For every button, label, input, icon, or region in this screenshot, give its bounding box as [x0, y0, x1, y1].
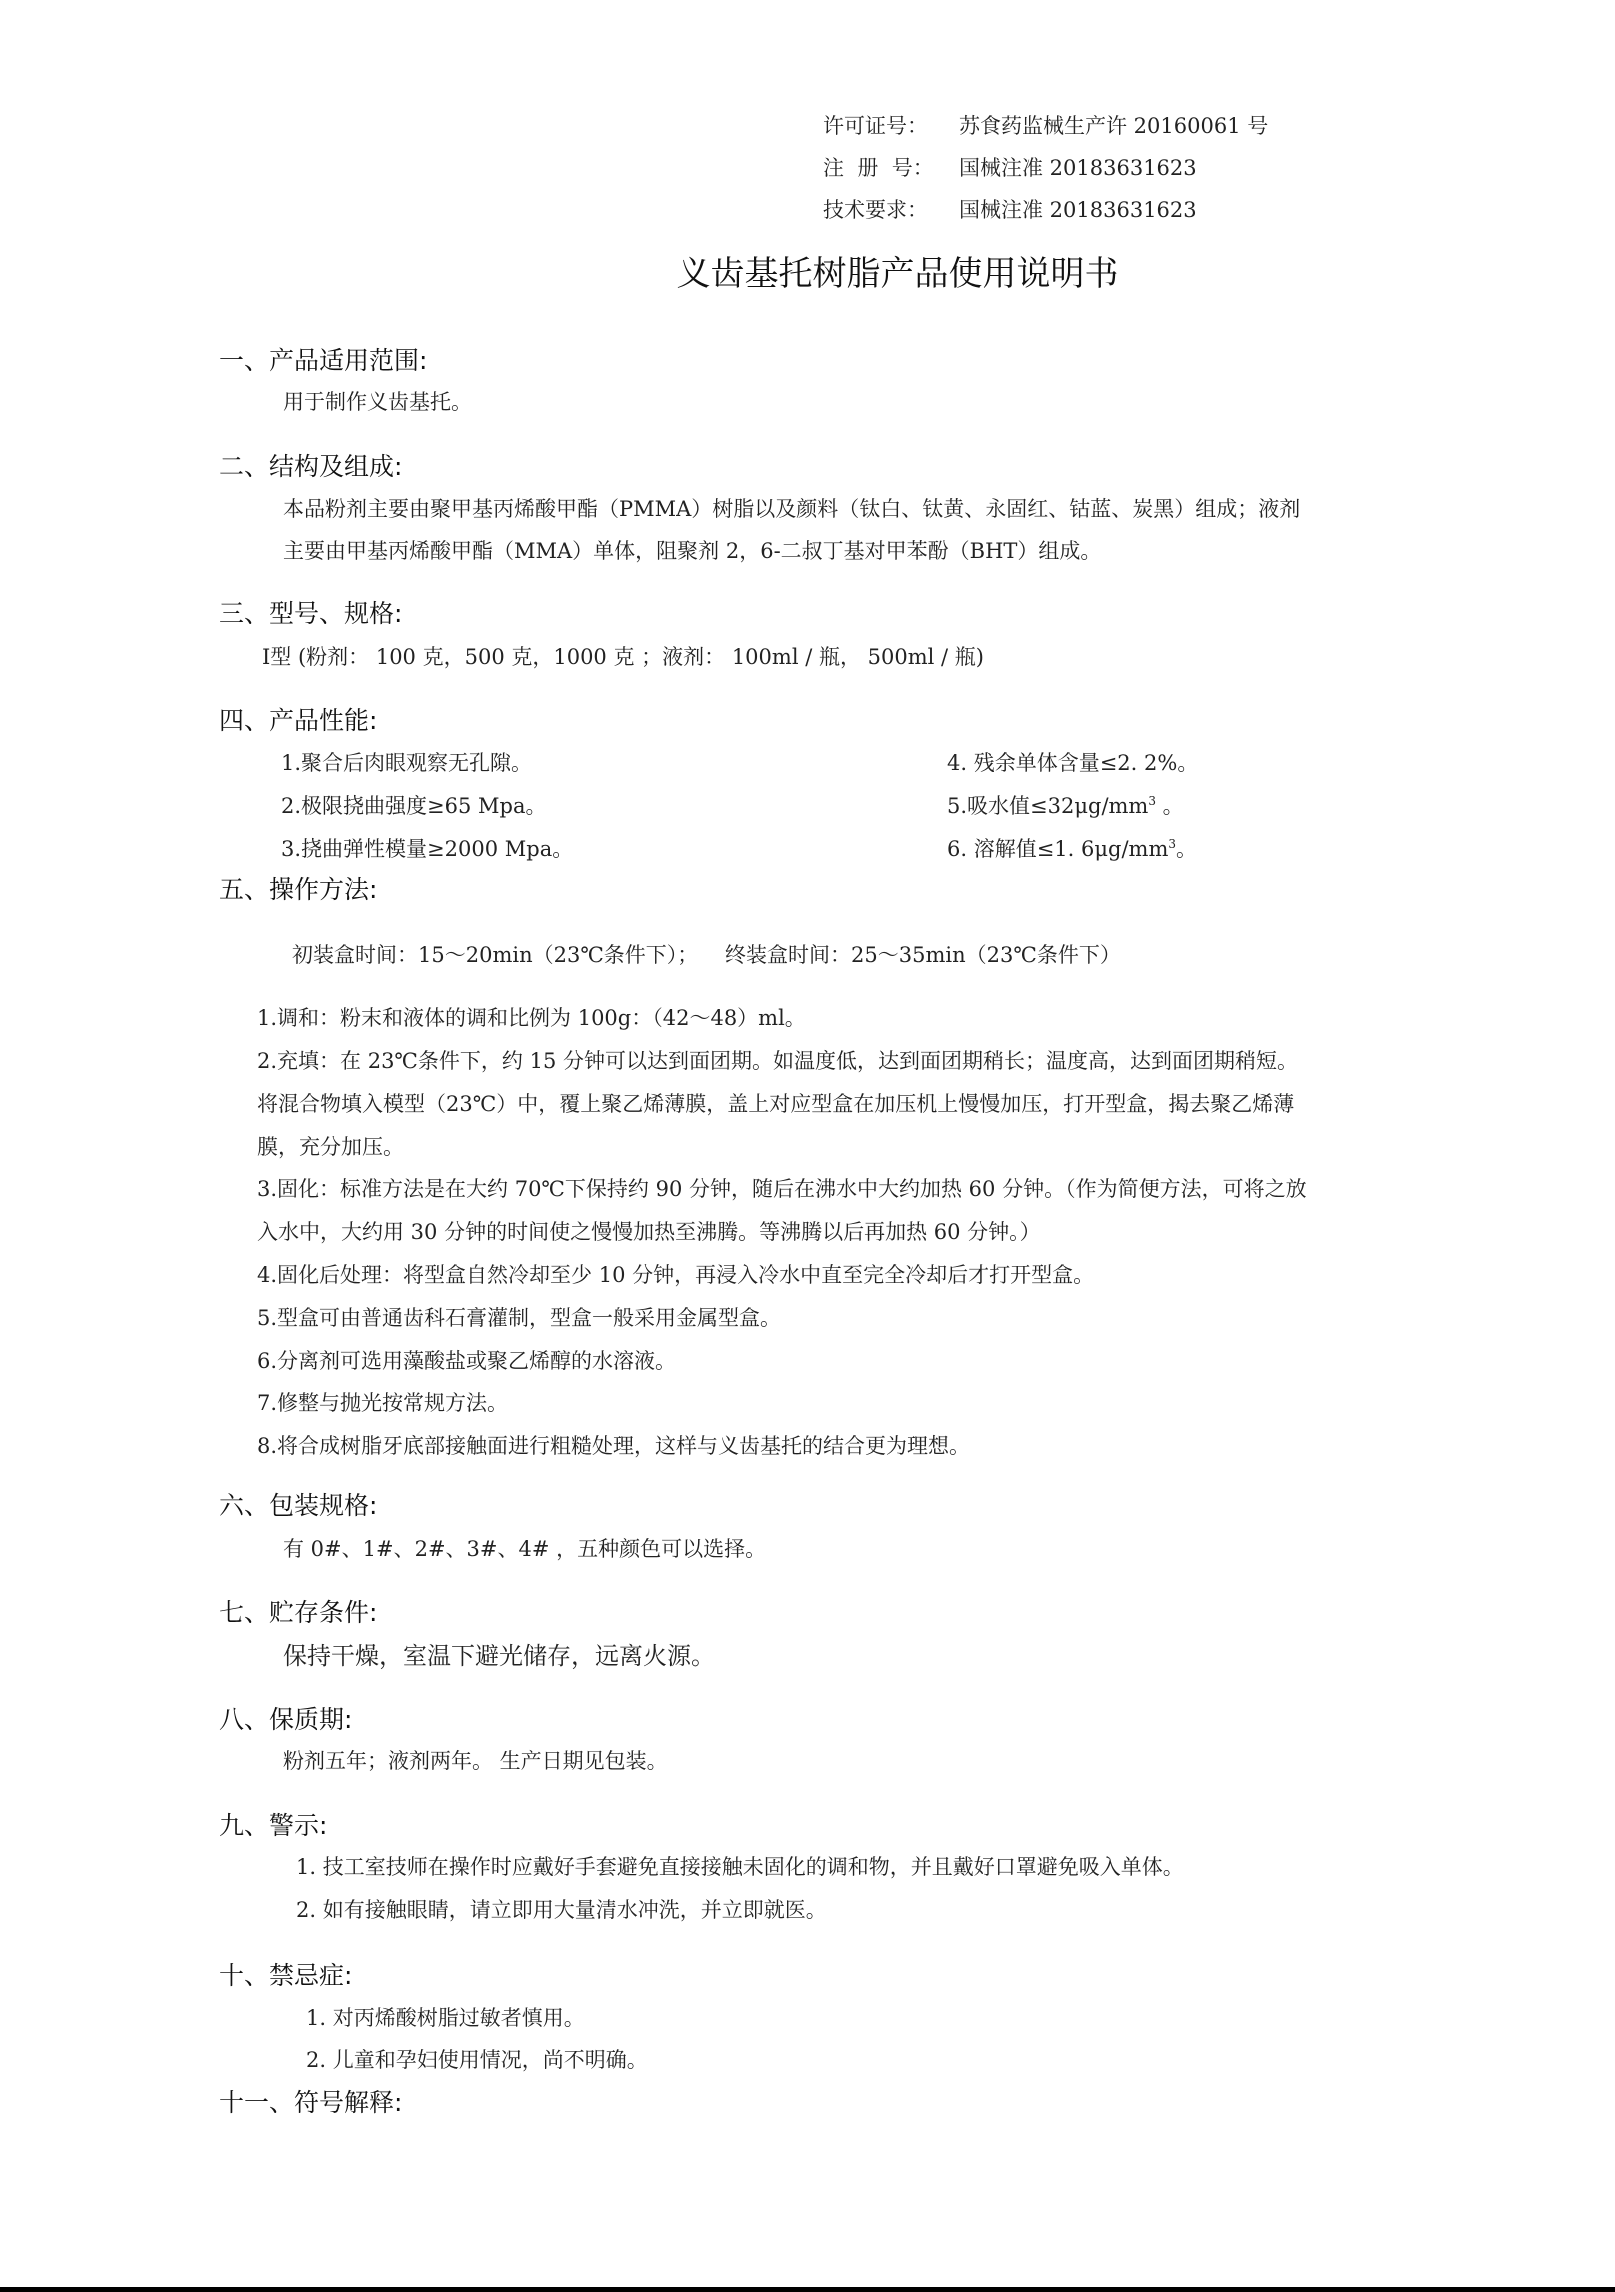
- operation-step-4: 4.固化后处理：将型盒自然冷却至少 10 分钟，再浸入冷水中直至完全冷却后才打开…: [257, 1261, 1094, 1289]
- contraindication-item-1: 1. 对丙烯酸树脂过敏者慎用。: [306, 2004, 585, 2032]
- document-title: 义齿基托树脂产品使用说明书: [0, 252, 1615, 296]
- section-heading-shelf-life: 八、保质期:: [219, 1704, 352, 1736]
- performance-item-5: 5.吸水值≤32μg/mm3 。: [947, 792, 1184, 820]
- operation-step-6: 6.分离剂可选用藻酸盐或聚乙烯醇的水溶液。: [257, 1347, 676, 1375]
- operation-step-2: 2.充填：在 23℃条件下，约 15 分钟可以达到面团期。如温度低，达到面团期稍…: [257, 1047, 1298, 1075]
- section-heading-models: 三、型号、规格:: [219, 598, 402, 630]
- section-text-scope: 用于制作义齿基托。: [283, 388, 472, 416]
- performance-item-5-text: 5.吸水值≤32μg/mm: [947, 794, 1148, 818]
- section-heading-contraindications: 十、禁忌症:: [219, 1960, 352, 1992]
- composition-line-2: 主要由甲基丙烯酸甲酯（MMA）单体，阻聚剂 2，6-二叔丁基对甲苯酚（BHT）组…: [283, 537, 1101, 565]
- section-heading-storage: 七、贮存条件:: [219, 1597, 377, 1629]
- tech-req-label: 技术要求：: [823, 196, 959, 224]
- document-page: 许可证号：苏食药监械生产许 20160061 号 注 册 号：国械注准 2018…: [0, 0, 1615, 2292]
- operation-step-2-cont: 膜，充分加压。: [257, 1133, 404, 1161]
- section-heading-operation: 五、操作方法:: [219, 874, 377, 906]
- license-value: 苏食药监械生产许 20160061 号: [959, 114, 1268, 138]
- packaging-text: 有 0#、1#、2#、3#、4# ，五种颜色可以选择。: [283, 1535, 766, 1563]
- section-heading-packaging: 六、包装规格:: [219, 1490, 377, 1522]
- warning-item-1: 1. 技工室技师在操作时应戴好手套避免直接接触未固化的调和物，并且戴好口罩避免吸…: [296, 1853, 1184, 1881]
- performance-item-6-text: 6. 溶解值≤1. 6μg/mm: [947, 837, 1168, 861]
- section-heading-composition: 二、结构及组成:: [219, 451, 402, 483]
- performance-item-3: 3.挠曲弹性模量≥2000 Mpa。: [281, 835, 573, 863]
- section-heading-scope: 一、产品适用范围:: [219, 345, 427, 377]
- shelf-life-text: 粉剂五年；液剂两年。 生产日期见包装。: [283, 1747, 668, 1775]
- models-spec-text: Ⅰ型 (粉剂： 100 克，500 克，1000 克 ；液剂： 100ml / …: [262, 643, 984, 671]
- registration-line: 注 册 号：国械注准 20183631623: [823, 154, 1197, 182]
- storage-text: 保持干燥，室温下避光储存，远离火源。: [283, 1640, 715, 1672]
- performance-item-4: 4. 残余单体含量≤2. 2%。: [947, 749, 1198, 777]
- tech-req-line: 技术要求：国械注准 20183631623: [823, 196, 1197, 224]
- warning-item-2: 2. 如有接触眼睛，请立即用大量清水冲洗，并立即就医。: [296, 1896, 827, 1924]
- performance-item-2: 2.极限挠曲强度≥65 Mpa。: [281, 792, 547, 820]
- operation-step-1: 1.调和：粉末和液体的调和比例为 100g：（42～48）ml。: [257, 1004, 806, 1032]
- performance-item-4-text: 4. 残余单体含量≤2. 2%。: [947, 751, 1198, 775]
- performance-item-6-end: 。: [1176, 837, 1197, 861]
- section-heading-symbols: 十一、符号解释:: [219, 2087, 402, 2119]
- license-label: 许可证号：: [823, 112, 959, 140]
- operation-step-3: 3.固化：标准方法是在大约 70℃下保持约 90 分钟，随后在沸水中大约加热 6…: [257, 1175, 1307, 1203]
- operation-timing: 初装盒时间：15～20min（23℃条件下）； 终装盒时间：25～35min（2…: [292, 941, 1121, 969]
- performance-item-1: 1.聚合后肉眼观察无孔隙。: [281, 749, 532, 777]
- composition-line-1: 本品粉剂主要由聚甲基丙烯酸甲酯（PMMA）树脂以及颜料（钛白、钛黄、永固红、钴蓝…: [283, 495, 1300, 523]
- registration-value: 国械注准 20183631623: [959, 156, 1197, 180]
- operation-step-3-cont: 入水中，大约用 30 分钟的时间使之慢慢加热至沸腾。等沸腾以后再加热 60 分钟…: [257, 1218, 1041, 1246]
- license-line: 许可证号：苏食药监械生产许 20160061 号: [823, 112, 1268, 140]
- operation-step-8: 8.将合成树脂牙底部接触面进行粗糙处理，这样与义齿基托的结合更为理想。: [257, 1432, 970, 1460]
- performance-item-5-end: 。: [1156, 794, 1184, 818]
- superscript-3: 3: [1148, 794, 1156, 808]
- contraindication-item-2: 2. 儿童和孕妇使用情况，尚不明确。: [306, 2046, 648, 2074]
- superscript-3: 3: [1168, 837, 1176, 851]
- section-heading-performance: 四、产品性能:: [219, 705, 377, 737]
- performance-item-6: 6. 溶解值≤1. 6μg/mm3。: [947, 835, 1197, 863]
- section-heading-warnings: 九、警示:: [219, 1810, 327, 1842]
- registration-label: 注 册 号：: [823, 154, 959, 182]
- operation-step-5: 5.型盒可由普通齿科石膏灌制，型盒一般采用金属型盒。: [257, 1304, 781, 1332]
- page-bottom-border: [0, 2287, 1615, 2292]
- operation-step-7: 7.修整与抛光按常规方法。: [257, 1389, 508, 1417]
- tech-req-value: 国械注准 20183631623: [959, 198, 1197, 222]
- operation-step-2-cont: 将混合物填入模型（23℃）中，覆上聚乙烯薄膜，盖上对应型盒在加压机上慢慢加压，打…: [257, 1090, 1294, 1118]
